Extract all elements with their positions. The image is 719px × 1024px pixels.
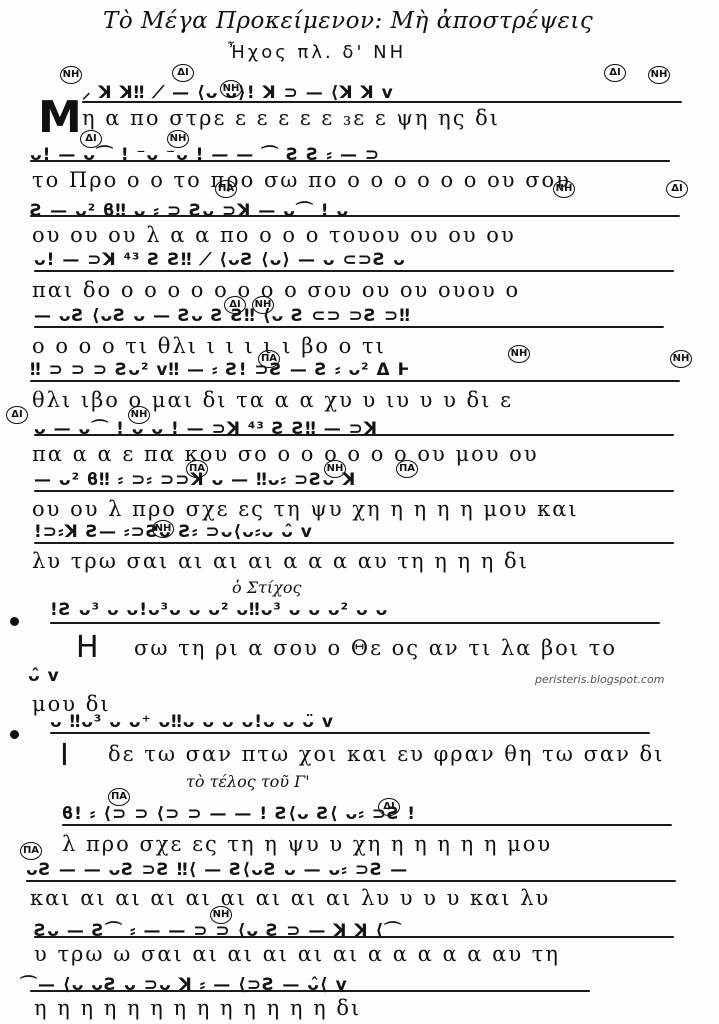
- neume-underline: [30, 215, 680, 217]
- lyric-line: λυ τρω σαι αι αι αι α α α αυ τη η η η δι: [32, 549, 529, 573]
- neume-underline: [34, 434, 674, 436]
- neume-underline: [34, 490, 674, 492]
- manuscript-page: Τὸ Μέγα Προκείμενον: Μὴ ἀποστρέψεις Ἦχος…: [0, 0, 719, 1024]
- neume-underline: [30, 160, 670, 162]
- lyric-line: η α πο στρε ε ε ε ε ε ₃ε ε ψη ης δι: [82, 106, 500, 130]
- martyria-ni-badge: ΝΗ: [508, 345, 530, 363]
- lyric-line: θλι ιβο ο μαι δι τα α α χυ υ ιυ υ υ δι ε: [32, 388, 513, 412]
- neume-underline: [82, 101, 682, 103]
- lyric-line: παι δο ο ο ο ο ο ο ο ο σου ου ου ουου ο: [32, 278, 520, 302]
- neume-line: !⊃⸗ꓘ Ƨ— ⸗⊃Ƨᴗ Ƨ⸗ ⊃ᴗ⟨ᴗ⸗ᴗ ᴗ̂ ⅴ: [34, 522, 313, 542]
- martyria-pa-badge: ΠΑ: [396, 460, 418, 478]
- verse-label: ὁ Στίχος: [232, 578, 301, 597]
- bullet-icon: [10, 617, 19, 626]
- lyric-line: λ προ σχε ες τη η ψυ υ χη η η η η η μου: [62, 832, 552, 856]
- lyric-line: ου ου λ προ σχε ες τη ψυ χη η η η η μου …: [32, 497, 579, 521]
- neume-underline: [34, 936, 674, 938]
- neume-underline: [62, 824, 672, 826]
- neume-line: ϐ! ⸗ ⟨⊃ ⊃ ⟨⊃ ⊃ — — ! Ƨ⟨ᴗ Ƨ⟨ ᴗ⸗ ⊃Ƨ !: [62, 804, 416, 824]
- neume-line: !Ƨ ᴗ³ ᴗ ᴗ!ᴗ³ᴗ ᴗ ᴗ² ᴗ‼ᴗ³ ᴗ ᴗ ᴗ² ᴗ ᴗ: [50, 600, 388, 620]
- neume-underline: [50, 622, 660, 624]
- neume-underline: [50, 732, 650, 734]
- neume-line: ᴗ̂ ⅴ: [28, 666, 60, 686]
- verse-initial: Η: [76, 630, 99, 665]
- martyria-pa-badge: ΠΑ: [20, 842, 42, 860]
- neume-line: ‼ ⊃ ⊃ ⊃ Ƨᴗ² ⅴ‼ — ⸗ Ƨ! ⊃Ƨ — Ƨ ⸗ ᴗ² Δ Ⱶ: [30, 360, 410, 380]
- lyric-line: το Προ ο ο το προ σω πο ο ο ο ο ο ο ου σ…: [32, 168, 571, 192]
- neume-underline: [34, 542, 674, 544]
- lyric-line: σω τη ρι α σου ο Θε ος αν τι λα βοι το: [134, 636, 617, 660]
- neume-underline: [26, 880, 676, 882]
- neume-line: — ᴗƧ ⟨ᴗƧ ᴗ — Ƨᴗ Ƨ Ƨ‼ ⟨ᴗ Ƨ ⊂⊃ ⊃Ƨ ⊃‼: [34, 306, 411, 326]
- neume-line: — ᴗ² ϐ‼ ⸗ ⊃⸗ ⊃⊃ꓘ ᴗ — ‼ᴗ⸗ ⊃Ƨᴗ ꓘ: [34, 470, 356, 490]
- lyric-line: ου ου ου λ α α πο ο ο ο τουου ου ου ου: [32, 223, 516, 247]
- lyric-line: ο ο ο ο τι θλι ι ι ι ι ι βο ο τι: [32, 334, 386, 358]
- lyric-line: πα α α ε πα κου σο ο ο ο ο ο ο ου μου ου: [32, 442, 539, 466]
- neume-underline: [34, 326, 664, 328]
- neume-underline: [30, 990, 590, 992]
- neume-line: Ƨ — ᴗ² ϐ‼ ᴗ ⸗ ⊃ Ƨᴗ ⊃ꓘ — ᴗ⌒ ! ᴗ: [30, 196, 349, 221]
- ending-label: τὸ τέλος τοῦ Γ': [186, 772, 310, 791]
- neume-underline: [34, 270, 674, 272]
- martyria-ni-badge: ΝΗ: [648, 66, 670, 84]
- martyria-di-badge: ΔΙ: [604, 64, 626, 82]
- neume-line: ⸝ ꓘ ꓘ‼ ⟋ — ⟨ᴗ ᴗ⟩! ꓘ ⊃ — ⟨ꓘ ꓘ ⅴ: [82, 80, 394, 103]
- martyria-ni-badge: ΝΗ: [60, 66, 82, 84]
- lyric-line: δε τω σαν πτω χοι και ευ φραν θη τω σαν …: [108, 742, 664, 766]
- martyria-ni-badge: ΝΗ: [553, 180, 575, 198]
- bullet-icon: [10, 730, 19, 739]
- verse-initial: Ι: [60, 738, 69, 773]
- martyria-di-badge: ΔΙ: [666, 180, 688, 198]
- martyria-di-badge: ΔΙ: [6, 406, 28, 424]
- drop-cap-initial: Μ: [38, 92, 82, 143]
- lyric-line: η η η η η η η η η η η η η δι: [34, 996, 361, 1020]
- neume-underline: [30, 380, 680, 382]
- watermark: peristeris.blogspot.com: [535, 673, 664, 686]
- mode-heading: Ἦχος πλ. δ' ΝΗ: [228, 42, 406, 63]
- neume-line: ᴗ! — ⊃ꓘ ⁴³ Ƨ Ƨ‼ ⟋ ⟨ᴗƧ ⟨ᴗ⟩ — ᴗ ⊂⊃Ƨ ᴗ: [34, 250, 406, 270]
- lyric-line: και αι αι αι αι αι αι αι αι λυ υ υ υ και…: [30, 886, 550, 910]
- lyric-line: υ τρω ω σαι αι αι αι αι αι α α α α α αυ …: [34, 942, 560, 966]
- neume-line: ᴗ ‼ᴗ³ ᴗ ᴗ⁺ ᴗ‼ᴗ ᴗ ᴗ ᴗ!ᴗ ᴗ ᴗ̈ ⅴ: [50, 712, 334, 732]
- neume-line: ᴗƧ — — ᴗƧ ⊃Ƨ ‼⟨ — Ƨ⟨ᴗƧ ᴗ — ᴗ⸗ ⊃Ƨ —: [26, 860, 408, 880]
- page-title: Τὸ Μέγα Προκείμενον: Μὴ ἀποστρέψεις: [103, 8, 593, 34]
- martyria-ni-badge: ΝΗ: [670, 350, 692, 368]
